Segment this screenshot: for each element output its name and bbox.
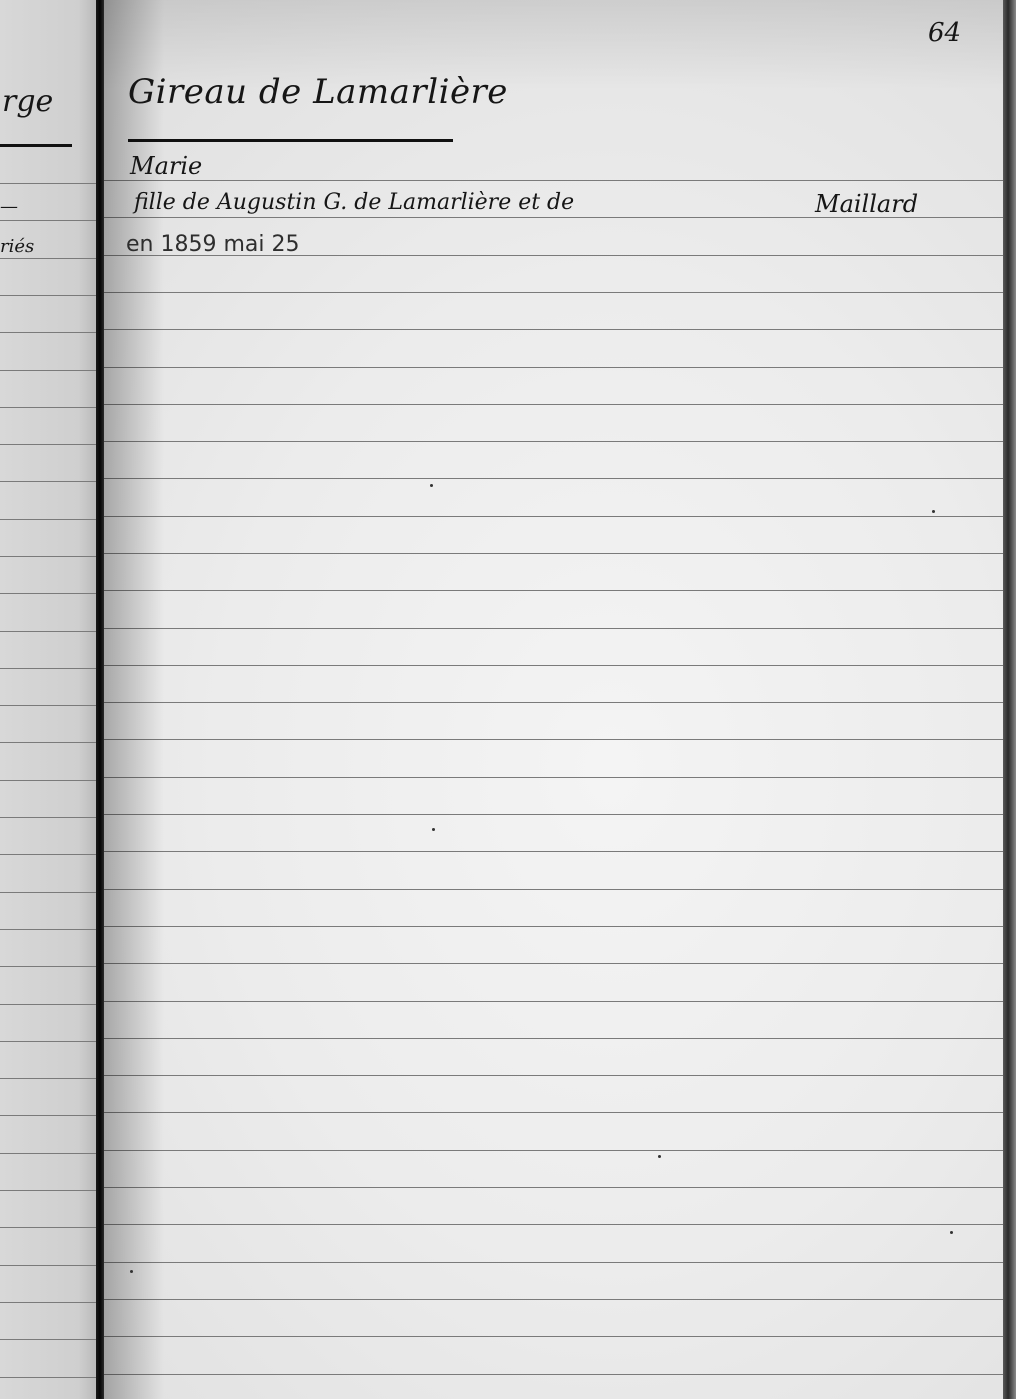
ruled-line [104, 851, 1003, 852]
ruled-line-left [0, 1115, 96, 1116]
date-line: en 1859 mai 25 [126, 232, 299, 257]
ruled-line [104, 1336, 1003, 1337]
ruled-line [104, 553, 1003, 554]
right-column-name: Maillard [815, 190, 918, 218]
ruled-line-left [0, 519, 96, 520]
ruled-line [104, 777, 1003, 778]
ruled-line [104, 1038, 1003, 1039]
ruled-line-left [0, 1377, 96, 1378]
family-name-heading: Gireau de Lamarlière [128, 72, 508, 112]
ruled-line-left [0, 220, 96, 221]
binding-gutter [96, 0, 104, 1399]
ruled-line-left [0, 1078, 96, 1079]
paper-speck [432, 828, 435, 831]
ruled-line [104, 590, 1003, 591]
ruled-line [104, 516, 1003, 517]
ruled-line-left [0, 556, 96, 557]
paper-speck [430, 484, 433, 487]
left-fragment-heading: rge [2, 84, 53, 119]
left-header-underline [0, 144, 72, 147]
ruled-line [104, 889, 1003, 890]
ruled-line-left [0, 705, 96, 706]
register-page: rge — riés 64 Gireau de Lamarlière Marie… [0, 0, 1016, 1399]
given-name: Marie [130, 152, 202, 180]
ruled-line-left [0, 1339, 96, 1340]
left-fragment-dash: — [0, 196, 18, 217]
ruled-line-left [0, 1153, 96, 1154]
ruled-line [104, 1112, 1003, 1113]
ruled-line-left [0, 1265, 96, 1266]
ruled-line [104, 1075, 1003, 1076]
ruled-line-left [0, 1041, 96, 1042]
ruled-line [104, 1001, 1003, 1002]
ruled-line-left [0, 183, 96, 184]
ruled-line-left [0, 817, 96, 818]
left-fragment-text: riés [0, 236, 34, 257]
ruled-line [104, 814, 1003, 815]
ruled-line-left [0, 295, 96, 296]
ruled-line-left [0, 929, 96, 930]
ruled-line-left [0, 892, 96, 893]
paper-speck [950, 1231, 953, 1234]
ruled-line-left [0, 481, 96, 482]
ruled-line-left [0, 854, 96, 855]
ruled-line [104, 1299, 1003, 1300]
paper-speck [658, 1155, 661, 1158]
ruled-line-left [0, 258, 96, 259]
ruled-line [104, 963, 1003, 964]
ruled-line-left [0, 332, 96, 333]
ruled-line [104, 329, 1003, 330]
ruled-line-left [0, 370, 96, 371]
ruled-line-left [0, 780, 96, 781]
page-number: 64 [928, 18, 961, 48]
ruled-line [104, 926, 1003, 927]
ruled-line [104, 292, 1003, 293]
ruled-line [104, 1224, 1003, 1225]
ruled-line [104, 180, 1003, 181]
ruled-line [104, 1187, 1003, 1188]
ruled-line [104, 1150, 1003, 1151]
ruled-line [104, 404, 1003, 405]
ruled-line-left [0, 1227, 96, 1228]
header-underline [128, 139, 453, 142]
ruled-line [104, 1262, 1003, 1263]
ruled-line-left [0, 1004, 96, 1005]
ruled-line [104, 739, 1003, 740]
ruled-line [104, 665, 1003, 666]
ruled-line [104, 1374, 1003, 1375]
ruled-line [104, 702, 1003, 703]
ruled-line [104, 441, 1003, 442]
ruled-line [104, 478, 1003, 479]
ruled-line-left [0, 742, 96, 743]
paper-speck [932, 510, 935, 513]
ruled-line-left [0, 1302, 96, 1303]
ruled-line-left [0, 593, 96, 594]
ruled-line-left [0, 966, 96, 967]
ruled-line-left [0, 1190, 96, 1191]
ruled-line-left [0, 407, 96, 408]
page-edge [1003, 0, 1016, 1399]
ruled-line-left [0, 631, 96, 632]
parentage-line: fille de Augustin G. de Lamarlière et de [134, 190, 574, 215]
ruled-line [104, 367, 1003, 368]
ruled-line-left [0, 668, 96, 669]
ruled-line [104, 628, 1003, 629]
ruled-line-left [0, 444, 96, 445]
paper-speck [130, 1270, 133, 1273]
